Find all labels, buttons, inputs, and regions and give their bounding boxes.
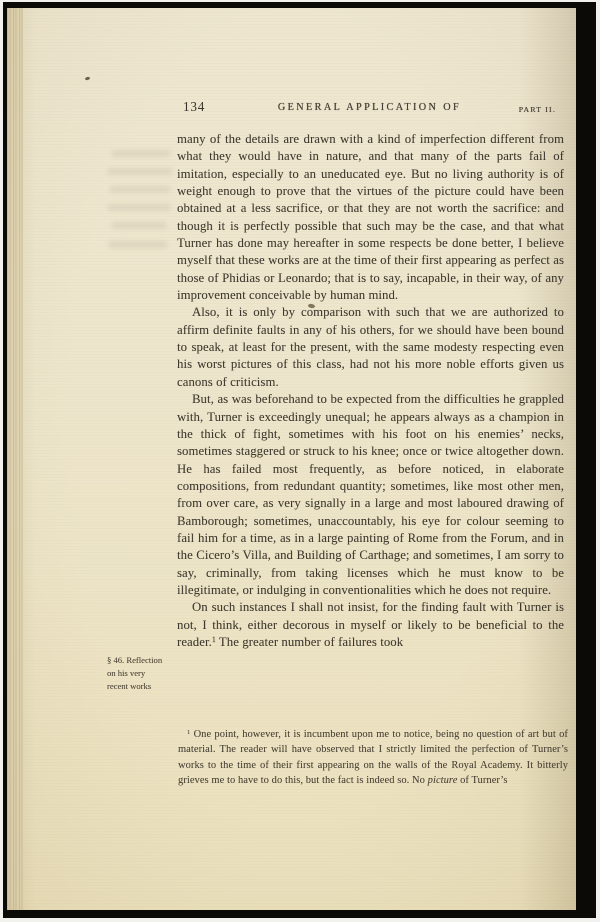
show-through-mark [112,150,170,157]
page-content: 134 GENERAL APPLICATION OF PART II. many… [0,0,600,922]
body-text-block: many of the details are drawn with a kin… [177,131,564,651]
show-through-mark [108,168,172,175]
margin-note-line: on his very [107,667,177,680]
footnote: 1 One point, however, it is incumbent up… [178,727,568,789]
paragraph-4-continuation: The greater number of failures took [216,635,403,649]
paragraph-2: Also, it is only by comparison with such… [177,304,564,391]
margin-note: § 46. Reflection on his very recent work… [107,654,177,693]
paragraph-4: On such instances I shall not insist, fo… [177,599,564,651]
paragraph-1: many of the details are drawn with a kin… [177,131,564,304]
footnote-italic-word: picture [428,775,458,786]
part-label: PART II. [519,105,556,114]
footnote-text: One point, however, it is incumbent upon… [178,729,568,786]
show-through-mark [112,222,166,229]
running-header-title: GENERAL APPLICATION OF [183,102,556,113]
show-through-mark [108,204,170,211]
scanned-book-page: 134 GENERAL APPLICATION OF PART II. many… [0,0,600,922]
footnote-text-end: of Turner’s [457,775,507,786]
paragraph-3: But, as was beforehand to be expected fr… [177,391,564,599]
ink-speck [85,76,91,80]
running-header-row: 134 GENERAL APPLICATION OF PART II. [183,99,556,119]
show-through-mark [110,186,170,193]
margin-note-line: § 46. Reflection [107,654,177,667]
show-through-mark [109,241,167,248]
margin-note-line: recent works [107,680,177,693]
